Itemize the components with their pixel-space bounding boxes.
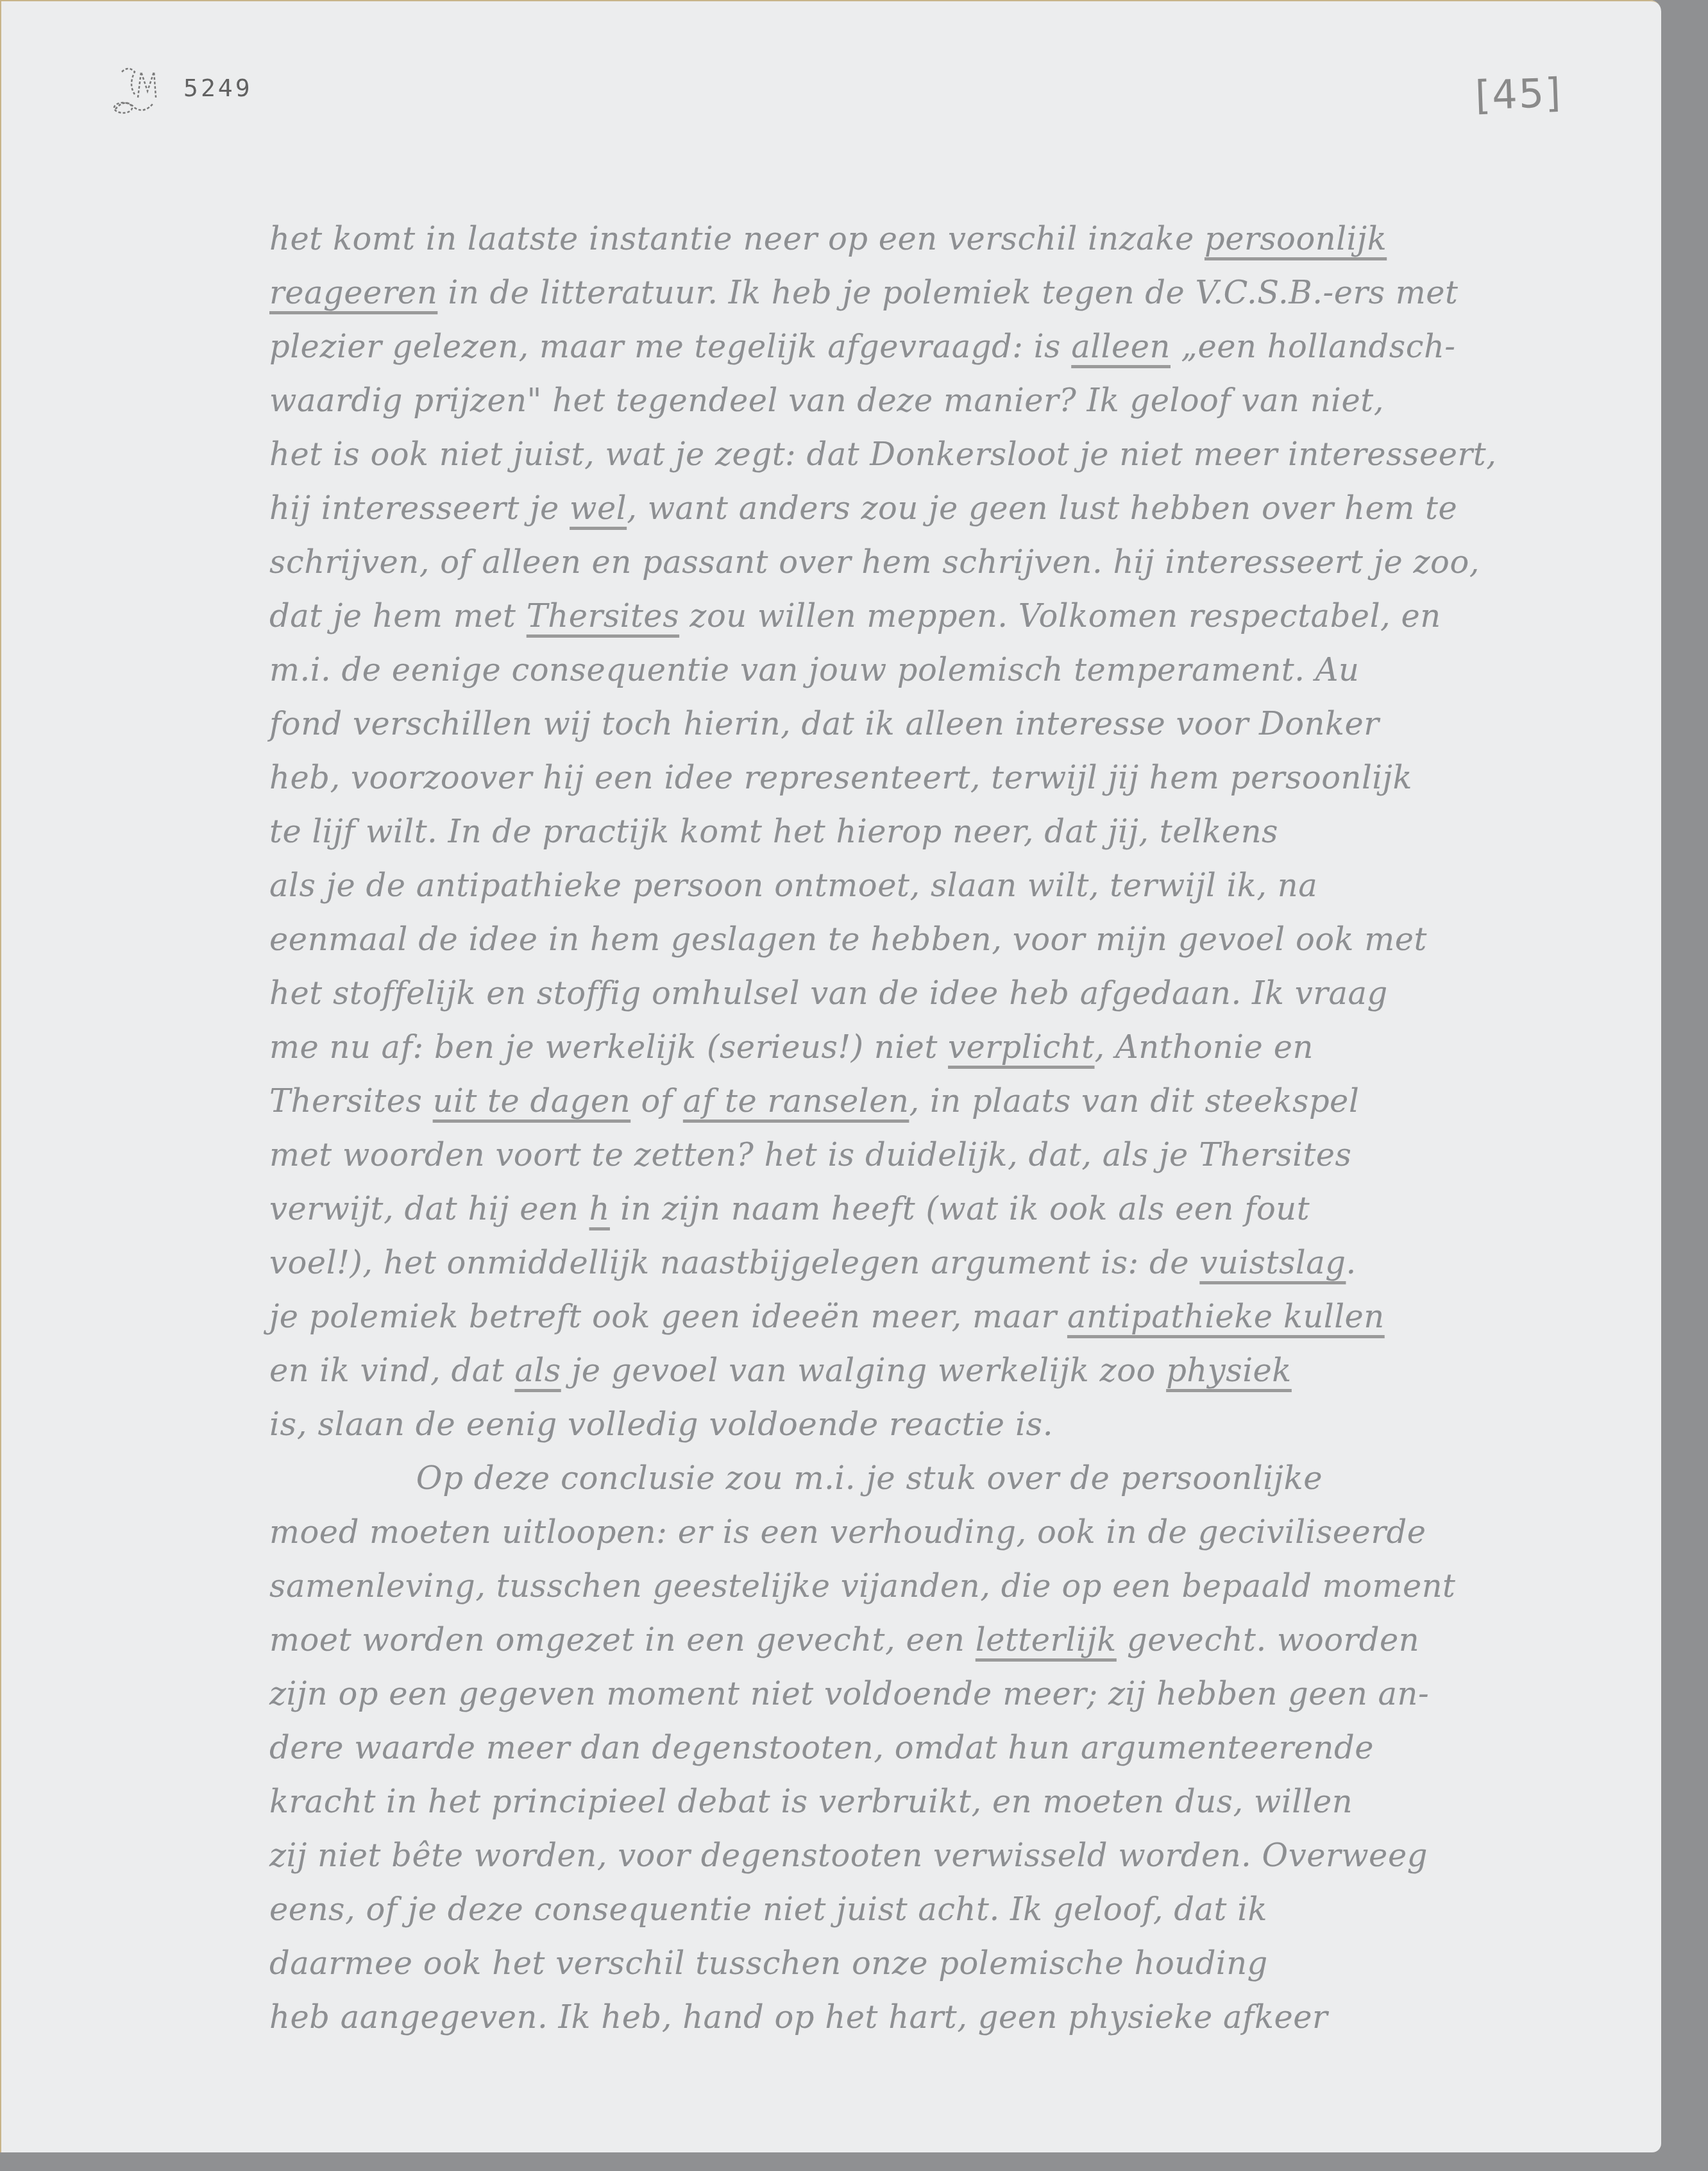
manuscript-line: zijn op een gegeven moment niet voldoend… [269, 1667, 1630, 1721]
underlined-word: vuistslag [1199, 1244, 1346, 1281]
manuscript-line: waardig prijzen" het tegendeel van deze … [269, 373, 1630, 427]
line-text: „een hollandsch- [1171, 328, 1456, 365]
line-text: waardig prijzen" het tegendeel van deze … [269, 382, 1384, 419]
line-text: verwijt, dat hij een [269, 1190, 589, 1227]
line-text: in zijn naam heeft (wat ik ook als een f… [610, 1190, 1310, 1227]
line-text: , in plaats van dit steekspel [909, 1082, 1359, 1120]
manuscript-line: reageeren in de litteratuur. Ik heb je p… [269, 266, 1630, 319]
line-text: plezier gelezen, maar me tegelijk afgevr… [269, 328, 1071, 365]
line-text: dere waarde meer dan degenstooten, omdat… [269, 1729, 1374, 1766]
folio-number: [45] [1475, 69, 1563, 119]
line-text: heb aangegeven. Ik heb, hand op het hart… [269, 1998, 1328, 2036]
manuscript-line: m.i. de eenige consequentie van jouw pol… [269, 643, 1630, 697]
line-text: gevecht. woorden [1117, 1621, 1419, 1658]
manuscript-line: is, slaan de eenig volledig voldoende re… [269, 1397, 1642, 1451]
underlined-word: uit te dagen [433, 1082, 631, 1120]
line-text: en ik vind, dat [269, 1352, 514, 1389]
underlined-word: Thersites [527, 597, 679, 634]
archive-number: 5249 [183, 74, 253, 102]
line-text: Thersites [269, 1082, 433, 1120]
line-text: met woorden voort te zetten? het is duid… [269, 1136, 1352, 1173]
manuscript-line: je polemiek betreft ook geen ideeën meer… [269, 1290, 1630, 1343]
manuscript-line: heb, voorzoover hij een idee representee… [269, 751, 1630, 805]
underlined-word: persoonlijk [1205, 220, 1387, 257]
manuscript-line: het komt in laatste instantie neer op ee… [269, 212, 1630, 266]
line-text: , want anders zou je geen lust hebben ov… [627, 490, 1457, 527]
manuscript-line: en ik vind, dat als je gevoel van walgin… [269, 1343, 1630, 1397]
handwritten-letter-body: het komt in laatste instantie neer op ee… [269, 212, 1642, 2044]
underlined-word: letterlijk [976, 1621, 1117, 1658]
manuscript-line: hij interesseert je wel, want anders zou… [269, 481, 1630, 535]
manuscript-line: verwijt, dat hij een h in zijn naam heef… [269, 1182, 1630, 1236]
line-text: of [630, 1082, 683, 1120]
manuscript-line: als je de antipathieke persoon ontmoet, … [269, 858, 1630, 912]
line-text: dat je hem met [269, 597, 527, 634]
manuscript-line: met woorden voort te zetten? het is duid… [269, 1128, 1630, 1182]
line-text: me nu af: ben je werkelijk (serieus!) ni… [269, 1028, 948, 1066]
manuscript-line: voel!), het onmiddellijk naastbijgelegen… [269, 1236, 1630, 1290]
manuscript-line: te lijf wilt. In de practijk komt het hi… [269, 805, 1630, 858]
line-text: zij niet bête worden, voor degenstooten … [269, 1837, 1428, 1874]
underlined-word: af te ranselen [683, 1082, 909, 1120]
manuscript-line: moet worden omgezet in een gevecht, een … [269, 1613, 1630, 1667]
line-text: voel!), het onmiddellijk naastbijgelegen… [269, 1244, 1199, 1281]
underlined-word: reageeren [269, 274, 437, 311]
line-text: het komt in laatste instantie neer op ee… [269, 220, 1205, 257]
line-text: is, slaan de eenig volledig voldoende re… [269, 1406, 1053, 1443]
underlined-word: alleen [1071, 328, 1171, 365]
line-text: daarmee ook het verschil tusschen onze p… [269, 1945, 1268, 1982]
line-text: fond verschillen wij toch hierin, dat ik… [269, 705, 1380, 742]
underlined-word: antipathieke kullen [1067, 1298, 1385, 1335]
manuscript-line: dat je hem met Thersites zou willen mepp… [269, 589, 1630, 643]
line-text: samenleving, tusschen geestelijke vijand… [269, 1567, 1456, 1605]
line-text: je gevoel van walging werkelijk zoo [561, 1352, 1166, 1389]
manuscript-line: me nu af: ben je werkelijk (serieus!) ni… [269, 1020, 1630, 1074]
line-text: moet worden omgezet in een gevecht, een [269, 1621, 976, 1658]
manuscript-line: fond verschillen wij toch hierin, dat ik… [269, 697, 1630, 751]
manuscript-line: Thersites uit te dagen of af te ranselen… [269, 1074, 1630, 1128]
line-text: eenmaal de idee in hem geslagen te hebbe… [269, 921, 1427, 958]
manuscript-line: moed moeten uitloopen: er is een verhoud… [269, 1505, 1630, 1559]
line-text: zijn op een gegeven moment niet voldoend… [269, 1675, 1429, 1712]
underlined-word: als [514, 1352, 561, 1389]
manuscript-line: schrijven, of alleen en passant over hem… [269, 535, 1630, 589]
line-text: hij interesseert je [269, 490, 570, 527]
underlined-word: h [589, 1190, 610, 1227]
manuscript-line: eens, of je deze consequentie niet juist… [269, 1882, 1630, 1936]
line-text: als je de antipathieke persoon ontmoet, … [269, 867, 1317, 904]
manuscript-line: plezier gelezen, maar me tegelijk afgevr… [269, 319, 1630, 373]
line-text: het is ook niet juist, wat je zegt: dat … [269, 436, 1496, 473]
line-text: het stoffelijk en stoffig omhulsel van d… [269, 975, 1388, 1012]
manuscript-line: Op deze conclusie zou m.i. je stuk over … [269, 1451, 1635, 1505]
manuscript-page: 5249 [45] het komt in laatste instantie … [0, 0, 1661, 2152]
manuscript-line: zij niet bête worden, voor degenstooten … [269, 1828, 1630, 1882]
manuscript-line: daarmee ook het verschil tusschen onze p… [269, 1936, 1630, 1990]
line-text: schrijven, of alleen en passant over hem… [269, 543, 1480, 581]
archive-monogram-icon [109, 59, 167, 117]
line-text: te lijf wilt. In de practijk komt het hi… [269, 813, 1278, 850]
manuscript-line: samenleving, tusschen geestelijke vijand… [269, 1559, 1630, 1613]
manuscript-line: het is ook niet juist, wat je zegt: dat … [269, 427, 1630, 481]
manuscript-line: kracht in het principieel debat is verbr… [269, 1775, 1630, 1828]
line-text: moed moeten uitloopen: er is een verhoud… [269, 1513, 1426, 1551]
line-text: , Anthonie en [1095, 1028, 1314, 1066]
underlined-word: verplicht [948, 1028, 1094, 1066]
manuscript-line: dere waarde meer dan degenstooten, omdat… [269, 1721, 1630, 1775]
line-text: eens, of je deze consequentie niet juist… [269, 1891, 1267, 1928]
line-text: zou willen meppen. Volkomen respectabel,… [679, 597, 1441, 634]
line-text: heb, voorzoover hij een idee representee… [269, 759, 1412, 796]
underlined-word: physiek [1166, 1352, 1292, 1389]
line-text: m.i. de eenige consequentie van jouw pol… [269, 651, 1359, 688]
line-text: kracht in het principieel debat is verbr… [269, 1783, 1353, 1820]
line-text: je polemiek betreft ook geen ideeën meer… [269, 1298, 1067, 1335]
manuscript-line: het stoffelijk en stoffig omhulsel van d… [269, 966, 1630, 1020]
underlined-word: wel [570, 490, 627, 527]
manuscript-line: heb aangegeven. Ik heb, hand op het hart… [269, 1990, 1630, 2044]
archive-stamp: 5249 [109, 59, 253, 117]
manuscript-line: eenmaal de idee in hem geslagen te hebbe… [269, 912, 1630, 966]
line-text: . [1346, 1244, 1356, 1281]
line-text: Op deze conclusie zou m.i. je stuk over … [416, 1460, 1323, 1497]
line-text: in de litteratuur. Ik heb je polemiek te… [437, 274, 1458, 311]
